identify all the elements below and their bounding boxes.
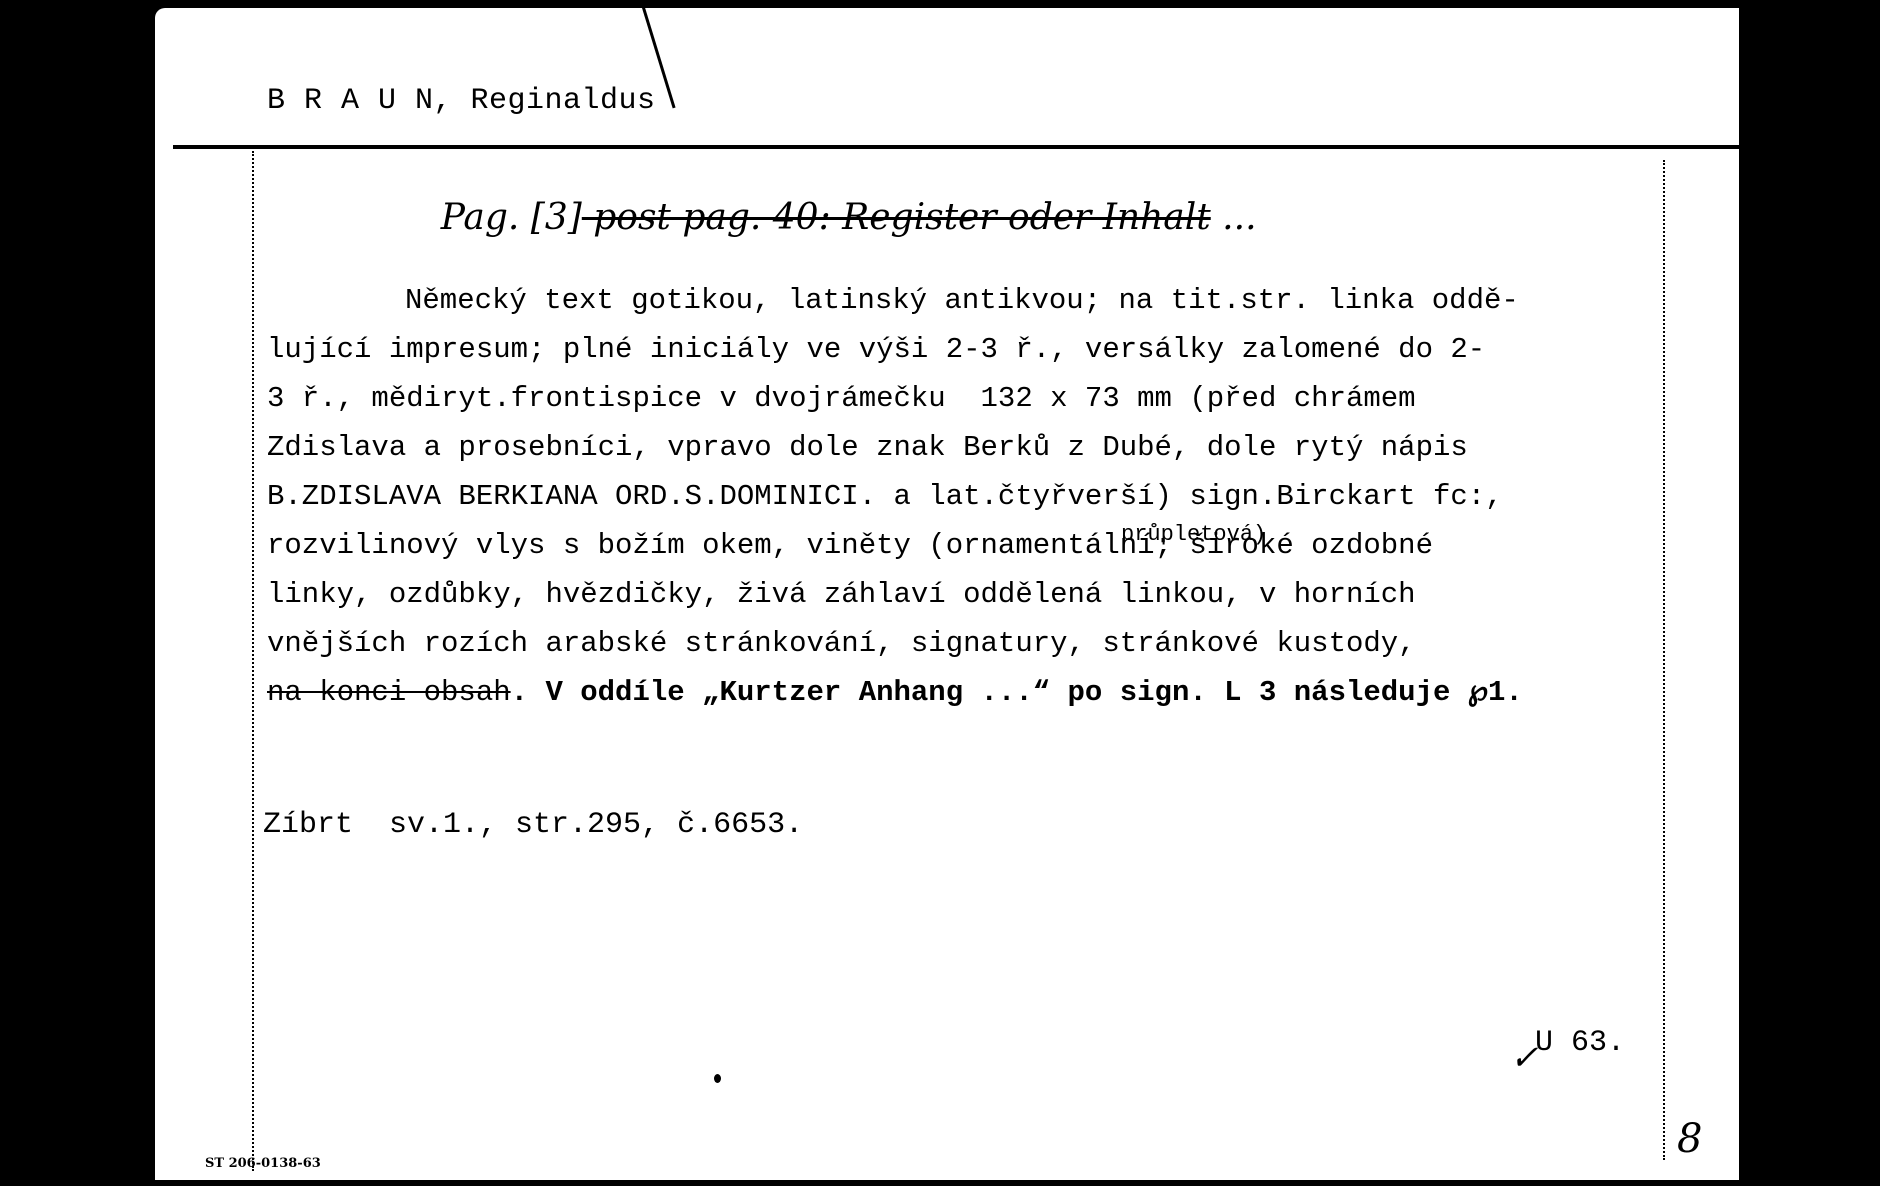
bold-note: . V oddíle „Kurtzer Anhang ...“ po sign.… [511,676,1451,709]
corner-handwritten-mark: 8 [1677,1116,1702,1162]
handwritten-note-trail: ... [1211,197,1257,238]
description-block: Německý text gotikou, latinský antikvou;… [267,276,1687,717]
ink-dot [714,1074,721,1083]
left-margin-line [252,151,254,1171]
description-line: Zdislava a prosebníci, vpravo dole znak … [267,423,1687,472]
description-line: B.ZDISLAVA BERKIANA ORD.S.DOMINICI. a la… [267,472,1687,521]
description-line: Německý text gotikou, latinský antikvou;… [267,276,1687,325]
form-code: ST 206-0138-63 [205,1156,321,1171]
shelfmark: U 63. [1535,1026,1625,1060]
catalog-card: B R A U N, Reginaldus Pag. [3] post pag.… [155,8,1739,1183]
bibliographic-reference: Zíbrt sv.1., str.295, č.6653. [263,808,803,842]
bold-note-tail: ℘1. [1450,676,1522,709]
handwritten-note-lead: Pag. [3] [441,197,582,238]
struck-text: na konci obsah [267,676,511,709]
heading-rule [173,145,1739,149]
description-line: linky, ozdůbky, hvězdičky, živá záhlaví … [267,570,1687,619]
description-line: rozvilinový vlys s božím okem, viněty (o… [267,521,1687,570]
description-line: vnějších rozích arabské stránkování, sig… [267,619,1687,668]
handwritten-note-struck: post pag. 40: Register oder Inhalt [582,197,1211,238]
description-last-line: na konci obsah. V oddíle „Kurtzer Anhang… [267,668,1687,717]
card-bottom-edge [155,1180,1739,1183]
handwritten-note: Pag. [3] post pag. 40: Register oder Inh… [395,156,1257,279]
card-heading: B R A U N, Reginaldus [267,84,656,118]
description-line: lující impresum; plné iniciály ve výši 2… [267,325,1687,374]
interlinear-insert: průpletová) [1121,522,1266,547]
description-line: 3 ř., mědiryt.frontispice v dvojrámečku … [267,374,1687,423]
